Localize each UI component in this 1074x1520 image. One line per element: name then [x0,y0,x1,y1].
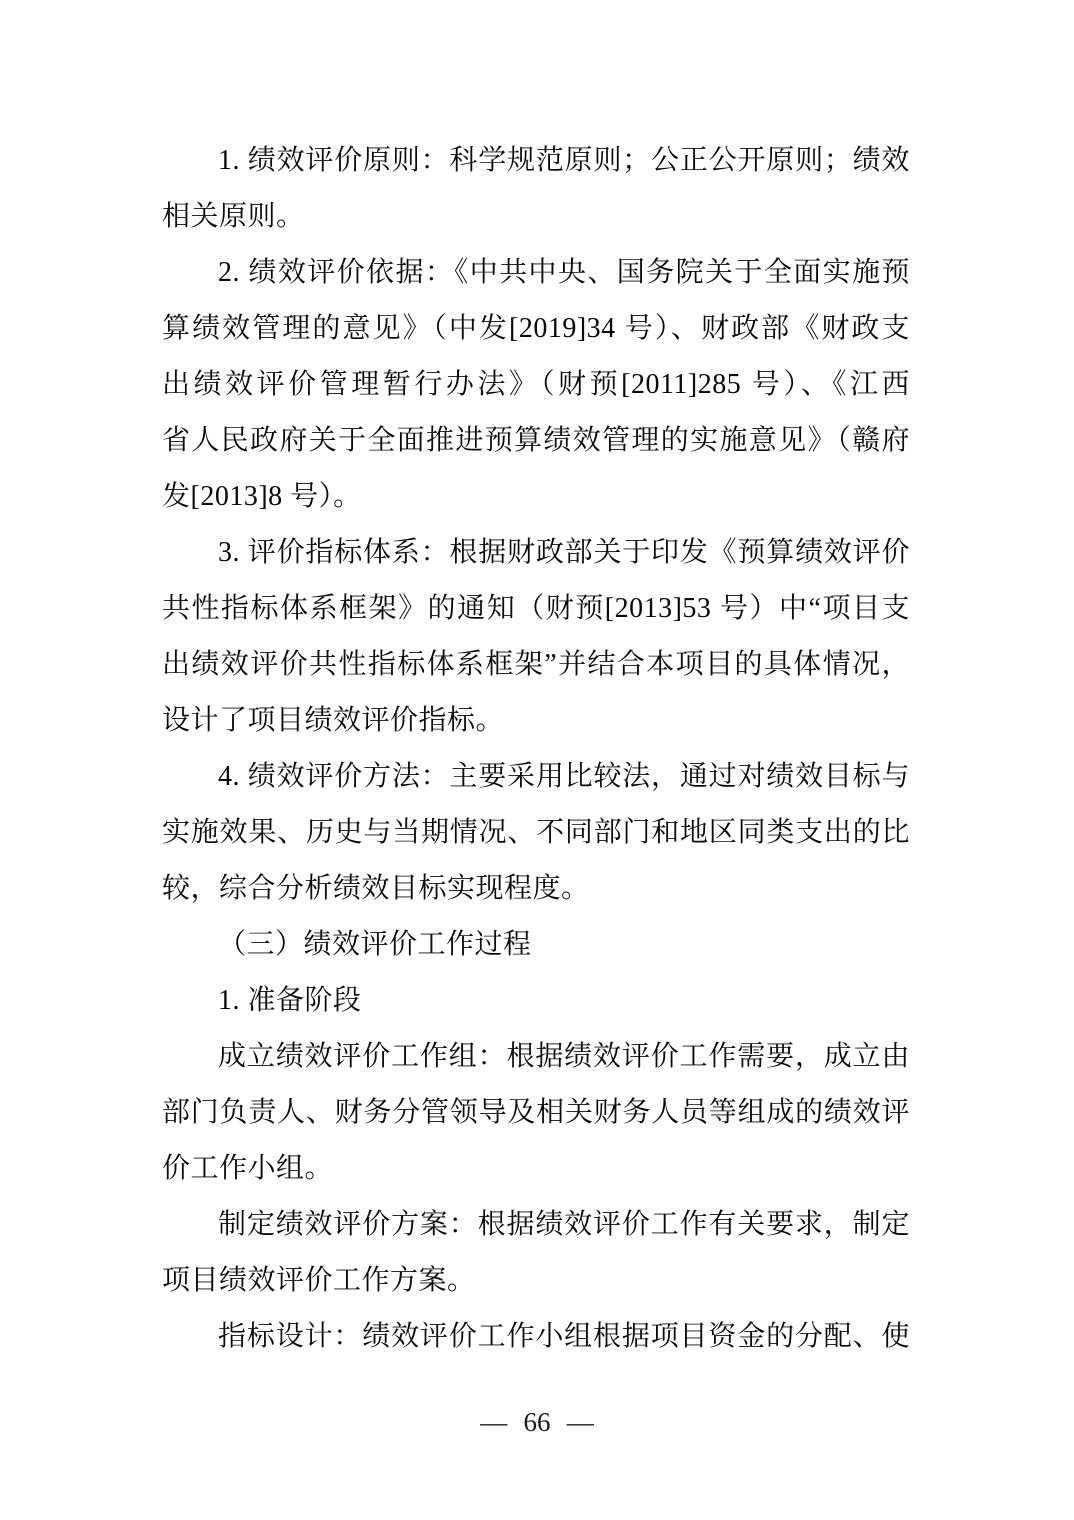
text-line: 制定绩效评价方案：根据绩效评价工作有关要求，制定 [162,1197,910,1253]
text-line: 指标设计：绩效评价工作小组根据项目资金的分配、使 [162,1309,910,1365]
text-line: 省人民政府关于全面推进预算绩效管理的实施意见》（赣府 [162,413,910,469]
document-page: 1. 绩效评价原则：科学规范原则；公正公开原则；绩效相关原则。2. 绩效评价依据… [0,0,1074,1520]
text-line: 较，综合分析绩效目标实现程度。 [162,861,910,917]
text-line: 实施效果、历史与当期情况、不同部门和地区同类支出的比 [162,805,910,861]
text-line: 出绩效评价管理暂行办法》（财预[2011]285 号）、《江西 [162,357,910,413]
paragraph: 成立绩效评价工作组：根据绩效评价工作需要，成立由部门负责人、财务分管领导及相关财… [162,1029,910,1197]
text-line: 价工作小组。 [162,1141,910,1197]
text-line: 部门负责人、财务分管领导及相关财务人员等组成的绩效评 [162,1085,910,1141]
text-line: 1. 准备阶段 [162,973,910,1029]
paragraph: 制定绩效评价方案：根据绩效评价工作有关要求，制定项目绩效评价工作方案。 [162,1197,910,1309]
paragraph: 1. 绩效评价原则：科学规范原则；公正公开原则；绩效相关原则。 [162,133,910,245]
text-line: 2. 绩效评价依据：《中共中央、国务院关于全面实施预 [162,245,910,301]
text-line: 算绩效管理的意见》（中发[2019]34 号）、财政部《财政支 [162,301,910,357]
text-line: 相关原则。 [162,189,910,245]
text-line: 1. 绩效评价原则：科学规范原则；公正公开原则；绩效 [162,133,910,189]
paragraph: （三）绩效评价工作过程 [162,917,910,973]
text-line: 成立绩效评价工作组：根据绩效评价工作需要，成立由 [162,1029,910,1085]
text-line: （三）绩效评价工作过程 [162,917,910,973]
text-line: 发[2013]8 号）。 [162,469,910,525]
paragraph: 指标设计：绩效评价工作小组根据项目资金的分配、使 [162,1309,910,1365]
text-line: 3. 评价指标体系：根据财政部关于印发《预算绩效评价 [162,525,910,581]
paragraph: 4. 绩效评价方法：主要采用比较法，通过对绩效目标与实施效果、历史与当期情况、不… [162,749,910,917]
paragraph: 2. 绩效评价依据：《中共中央、国务院关于全面实施预算绩效管理的意见》（中发[2… [162,245,910,525]
text-line: 4. 绩效评价方法：主要采用比较法，通过对绩效目标与 [162,749,910,805]
text-line: 出绩效评价共性指标体系框架”并结合本项目的具体情况， [162,637,910,693]
text-line: 项目绩效评价工作方案。 [162,1253,910,1309]
paragraph: 1. 准备阶段 [162,973,910,1029]
text-line: 共性指标体系框架》的通知（财预[2013]53 号）中“项目支 [162,581,910,637]
paragraph: 3. 评价指标体系：根据财政部关于印发《预算绩效评价共性指标体系框架》的通知（财… [162,525,910,749]
page-footer: — 66 — [0,1404,1074,1440]
document-body: 1. 绩效评价原则：科学规范原则；公正公开原则；绩效相关原则。2. 绩效评价依据… [162,133,910,1365]
text-line: 设计了项目绩效评价指标。 [162,693,910,749]
page-number: — 66 — [480,1407,593,1437]
